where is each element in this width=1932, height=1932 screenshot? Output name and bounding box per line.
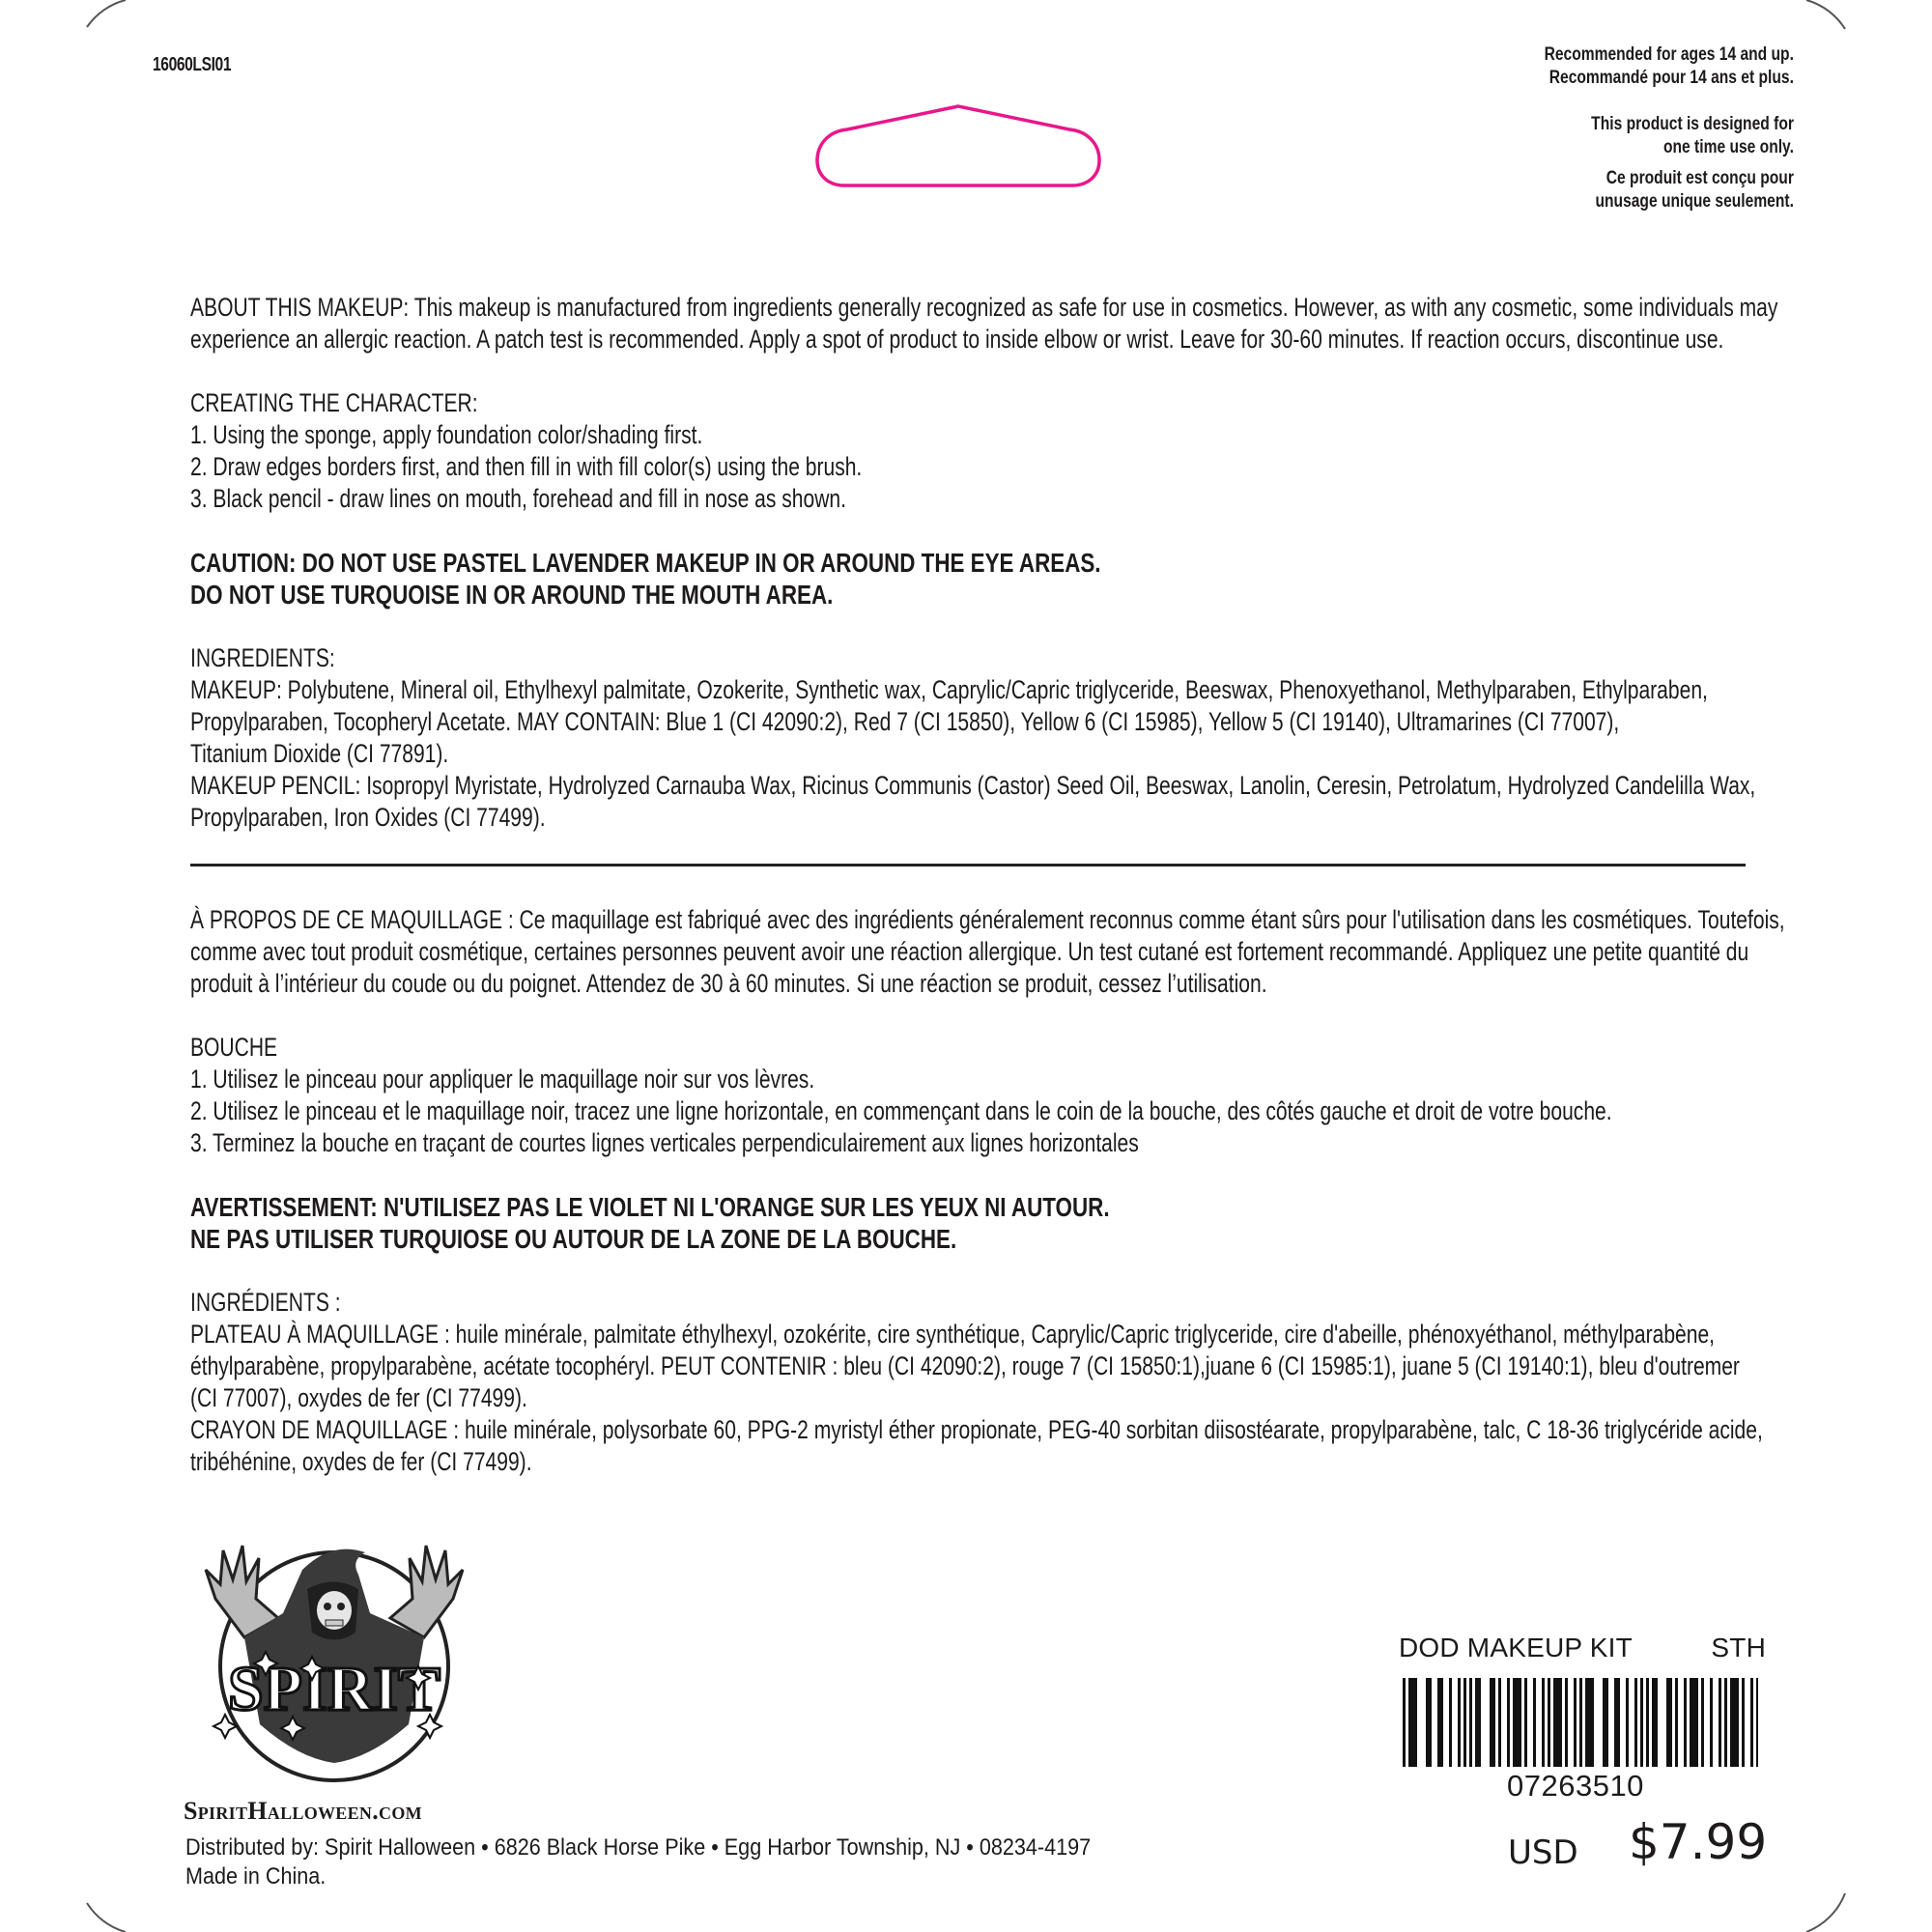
ingredients-fr-4: CRAYON DE MAQUILLAGE : huile minérale, p… (190, 1414, 1380, 1446)
step-fr-3: 3. Terminez la bouche en traçant de cour… (190, 1127, 1380, 1159)
step-fr-2: 2. Utilisez le pinceau et le maquillage … (190, 1095, 1380, 1127)
english-section: ABOUT THIS MAKEUP: This makeup is manufa… (190, 292, 1717, 834)
distributor-info: Distributed by: Spirit Halloween • 6826 … (185, 1833, 1191, 1891)
caution-en-line-1: CAUTION: DO NOT USE PASTEL LAVENDER MAKE… (190, 547, 1411, 579)
ingredients-fr-3: (CI 77007), oxydes de fer (CI 77499). (190, 1382, 1380, 1414)
step-fr-1: 1. Utilisez le pinceau pour appliquer le… (190, 1064, 1380, 1095)
section-divider (190, 864, 1746, 867)
about-fr-line-3: produit à l’intérieur du coude ou du poi… (190, 968, 1380, 1000)
spirit-halloween-logo-icon: SPIRIT (186, 1531, 482, 1792)
ingredients-en-4: MAKEUP PENCIL: Isopropyl Myristate, Hydr… (190, 770, 1380, 802)
ingredients-en-2: Propylparaben, Tocopheryl Acetate. MAY C… (190, 706, 1380, 738)
step-en-3: 3. Black pencil - draw lines on mouth, f… (190, 483, 1380, 515)
barcode-icon (1403, 1678, 1758, 1767)
caution-en-line-2: DO NOT USE TURQUOISE IN OR AROUND THE MO… (190, 579, 1411, 611)
ingredients-en-1: MAKEUP: Polybutene, Mineral oil, Ethylhe… (190, 674, 1380, 706)
sku-code: 16060LSI01 (153, 54, 231, 76)
caution-en: CAUTION: DO NOT USE PASTEL LAVENDER MAKE… (190, 547, 1717, 611)
single-use-fr-1: Ce produit est conçu pour (1545, 166, 1794, 189)
currency: USD (1508, 1833, 1578, 1872)
caution-fr-line-1: AVERTISSEMENT: N'UTILISEZ PAS LE VIOLET … (190, 1191, 1411, 1223)
caution-fr: AVERTISSEMENT: N'UTILISEZ PAS LE VIOLET … (190, 1191, 1717, 1255)
distributor-line: Distributed by: Spirit Halloween • 6826 … (185, 1833, 1091, 1862)
hang-hole-icon (813, 102, 1103, 189)
price: $7.99 (1629, 1814, 1767, 1870)
notices: Recommended for ages 14 and up. Recomman… (1482, 43, 1794, 213)
about-fr-line-1: À PROPOS DE CE MAQUILLAGE : Ce maquillag… (190, 904, 1380, 936)
ingredients-heading-fr: INGRÉDIENTS : (190, 1287, 1380, 1319)
barcode-number: 07263510 (1507, 1769, 1644, 1804)
creating-heading: CREATING THE CHARACTER: (190, 387, 1380, 419)
single-use-en-1: This product is designed for (1545, 112, 1794, 135)
caution-fr-line-2: NE PAS UTILISER TURQUIOSE OU AUTOUR DE L… (190, 1223, 1411, 1255)
price-label: DOD MAKEUP KIT STH (1399, 1633, 1766, 1663)
single-use-en-2: one time use only. (1545, 135, 1794, 158)
age-notice-fr: Recommandé pour 14 ans et plus. (1545, 66, 1794, 89)
website-link[interactable]: SpiritHalloween.com (184, 1797, 422, 1826)
age-notice-en: Recommended for ages 14 and up. (1545, 43, 1794, 66)
step-en-1: 1. Using the sponge, apply foundation co… (190, 419, 1380, 451)
ingredients-heading-en: INGREDIENTS: (190, 642, 1380, 674)
french-section: À PROPOS DE CE MAQUILLAGE : Ce maquillag… (190, 904, 1717, 1478)
bouche-heading: BOUCHE (190, 1032, 1380, 1064)
store-code: STH (1711, 1633, 1766, 1663)
origin-line: Made in China. (185, 1862, 1091, 1891)
step-en-2: 2. Draw edges borders first, and then fi… (190, 451, 1380, 483)
product-name: DOD MAKEUP KIT (1399, 1633, 1633, 1663)
ingredients-en-3: Titanium Dioxide (CI 77891). (190, 738, 1380, 770)
about-fr-line-2: comme avec tout produit cosmétique, cert… (190, 936, 1380, 968)
single-use-fr-2: unusage unique seulement. (1545, 189, 1794, 213)
about-en-line-1: ABOUT THIS MAKEUP: This makeup is manufa… (190, 292, 1380, 324)
ingredients-fr-1: PLATEAU À MAQUILLAGE : huile minérale, p… (190, 1319, 1380, 1350)
ingredients-fr-2: éthylparabène, propylparabène, acétate t… (190, 1350, 1380, 1382)
ingredients-en-5: Propylparaben, Iron Oxides (CI 77499). (190, 802, 1380, 834)
ingredients-fr-5: tribéhénine, oxydes de fer (CI 77499). (190, 1446, 1380, 1478)
about-en-line-2: experience an allergic reaction. A patch… (190, 324, 1380, 355)
